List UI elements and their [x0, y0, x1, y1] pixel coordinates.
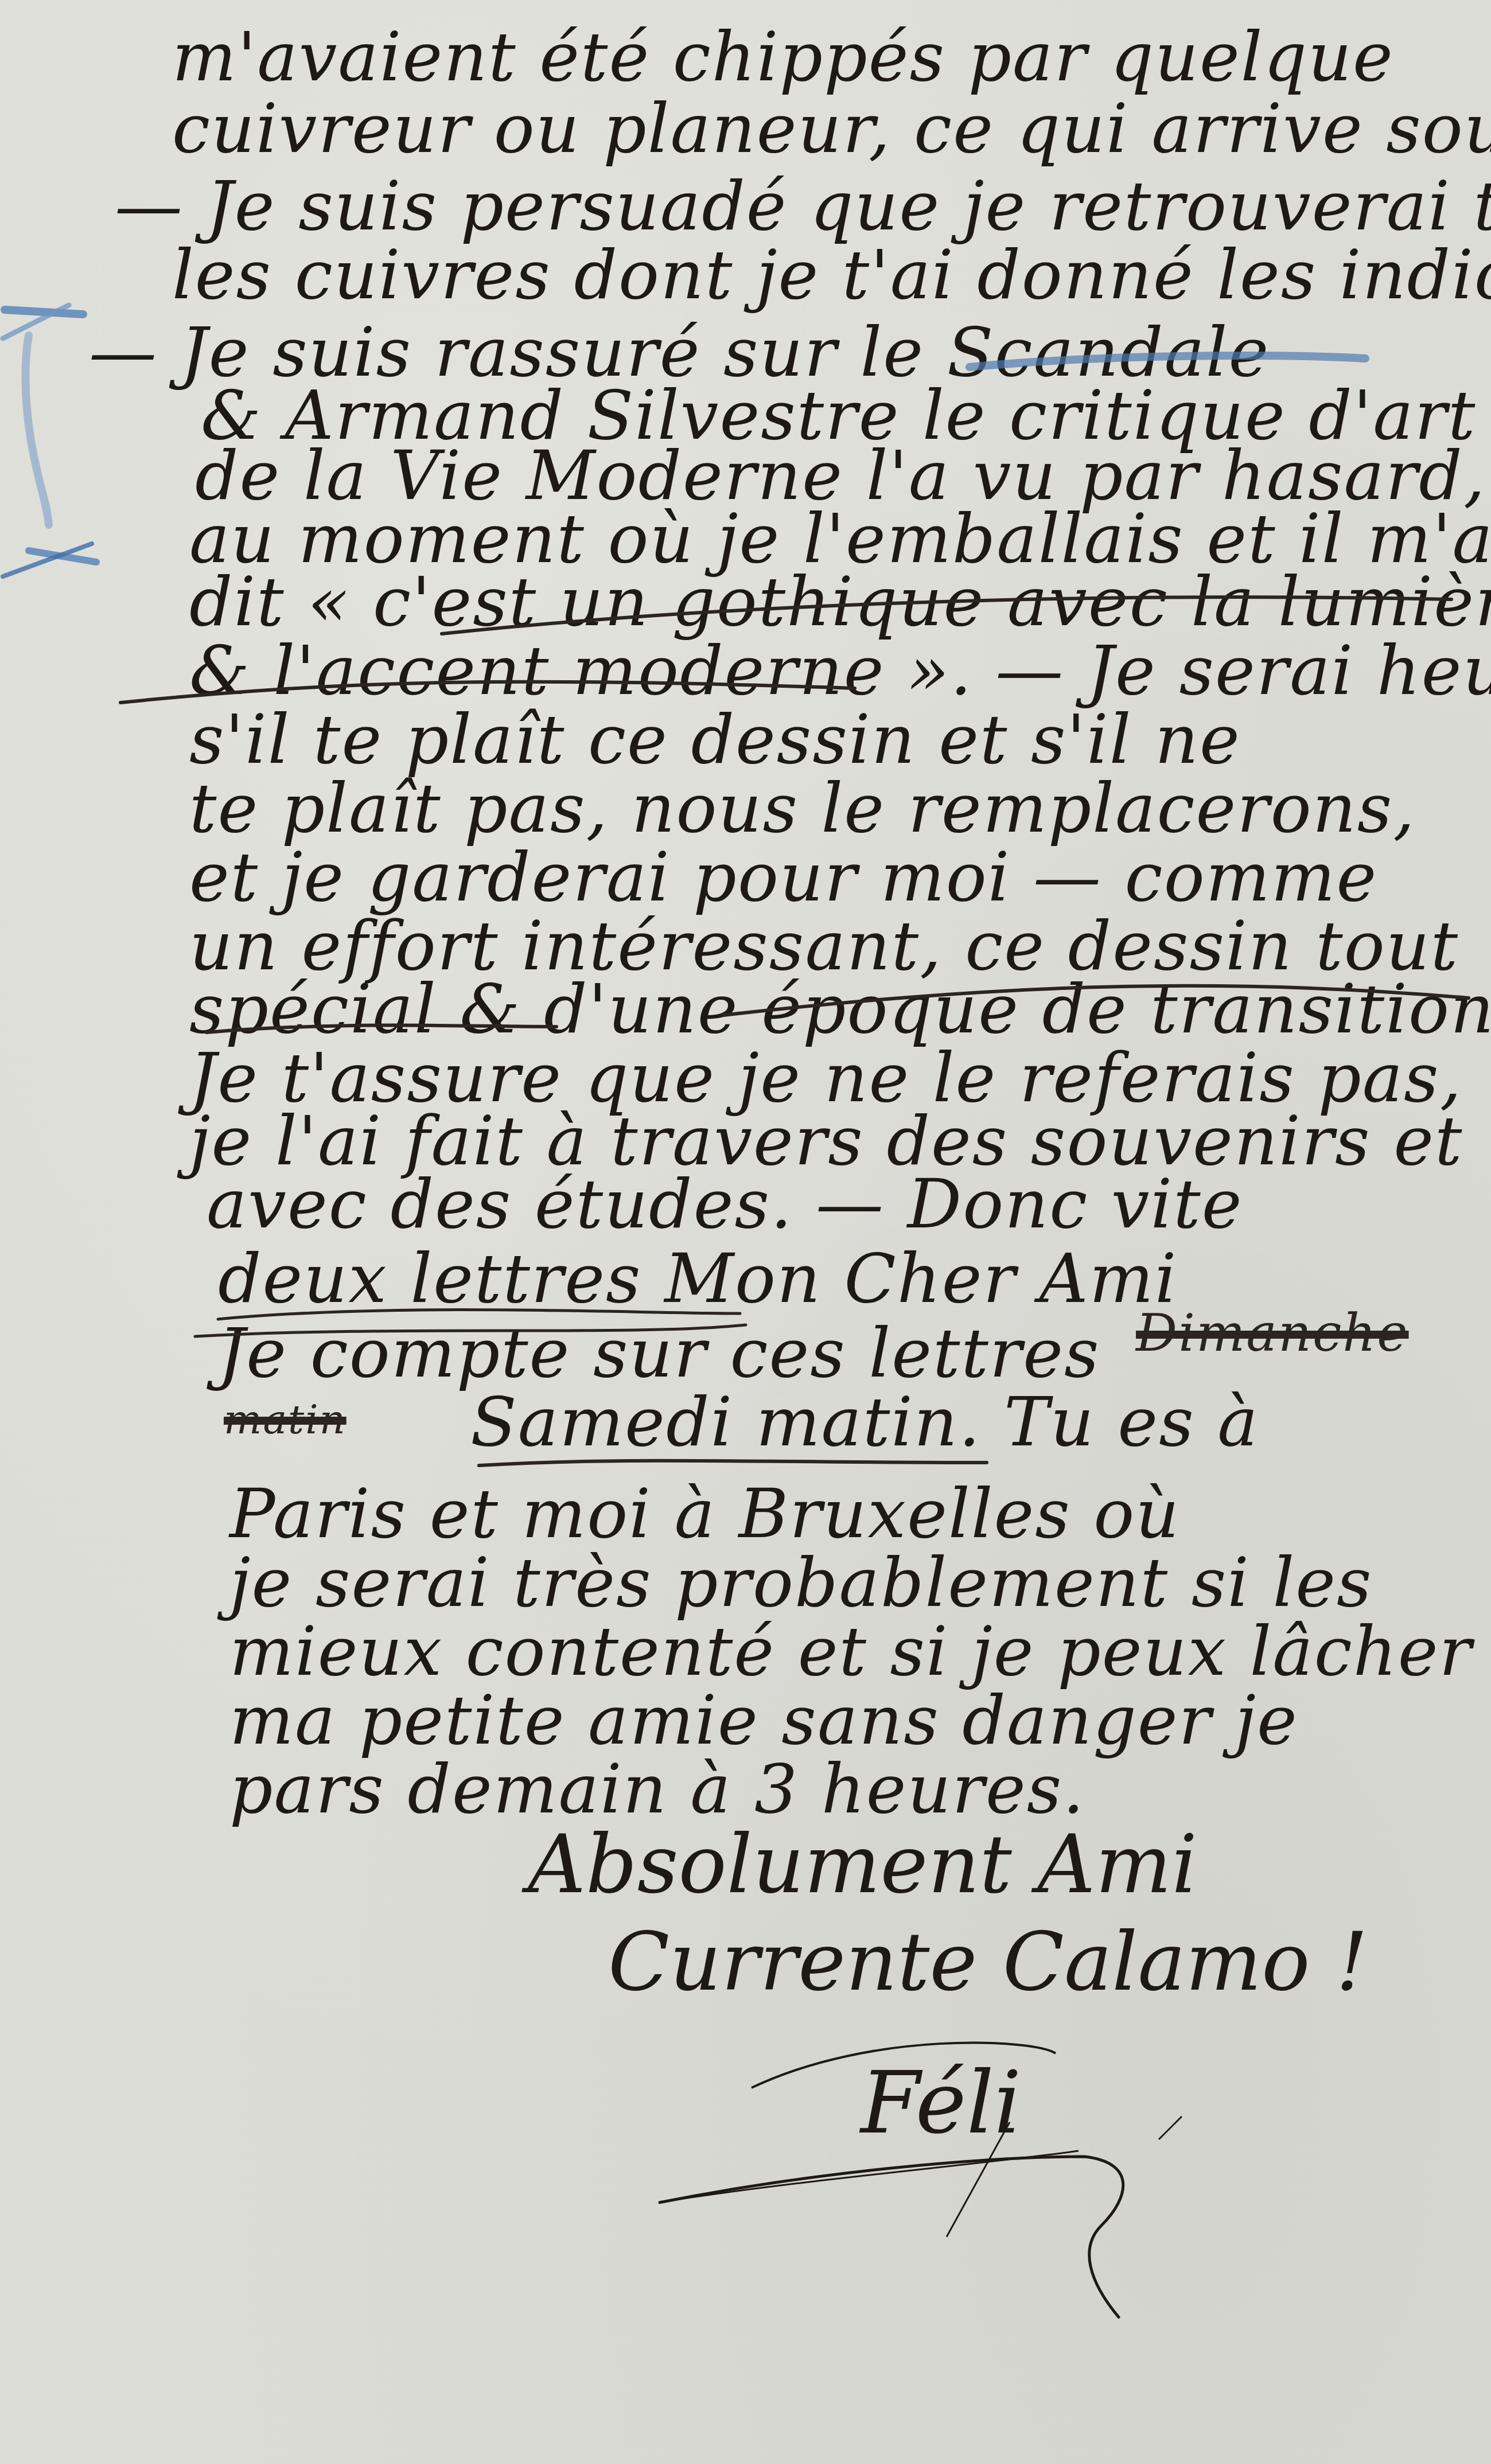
signature-flourish [0, 0, 1491, 2464]
